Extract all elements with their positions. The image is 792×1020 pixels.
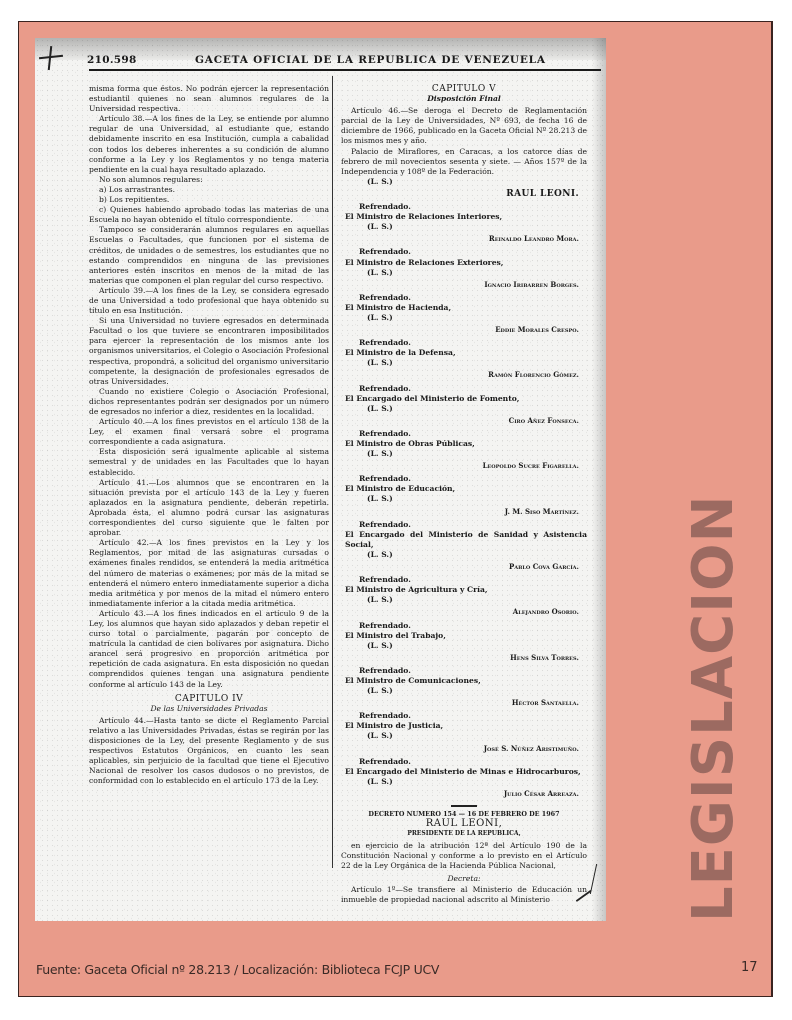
paragraph: Artículo 40.—A los fines previstos en el… (89, 417, 329, 447)
seal: (L. S.) (341, 731, 587, 741)
chapter-iv-title: CAPITULO IV (89, 694, 329, 704)
seal: (L. S.) (341, 313, 587, 323)
ministry-title: El Ministro de Relaciones Exteriores, (341, 258, 587, 268)
ministry-title: El Ministro de Obras Públicas, (341, 439, 587, 449)
seal: (L. S.) (341, 404, 587, 414)
refrendado-label: Refrendado. (341, 621, 587, 631)
paragraph: a) Los arrastrantes. (89, 185, 329, 195)
refrendado-label: Refrendado. (341, 474, 587, 484)
minister-name: Julio César Arreaza. (341, 789, 587, 799)
ministry-title: El Ministro de Hacienda, (341, 303, 587, 313)
refrendado-label: Refrendado. (341, 520, 587, 530)
seal: (L. S.) (341, 449, 587, 459)
paragraph: misma forma que éstos. No podrán ejercer… (89, 84, 329, 114)
paragraph: Cuando no existiere Colegio o Asociación… (89, 387, 329, 417)
paragraph: c) Quienes habiendo aprobado todas las m… (89, 205, 329, 225)
article-44: Artículo 44.—Hasta tanto se dicte el Reg… (89, 716, 329, 787)
ministry-title: El Ministro de Justicia, (341, 721, 587, 731)
seal: (L. S.) (341, 550, 587, 560)
minister-name: Hens Silva Torres. (341, 653, 587, 663)
paragraph: Esta disposición será igualmente aplicab… (89, 447, 329, 477)
refrendado-label: Refrendado. (341, 293, 587, 303)
gazette-header: 210.598 GACETA OFICIAL DE LA REPUBLICA D… (87, 54, 587, 68)
seal: (L. S.) (341, 595, 587, 605)
decree-preamble: en ejercicio de la atribución 12ª del Ar… (341, 841, 587, 871)
refrendado-label: Refrendado. (341, 202, 587, 212)
gazette-title: GACETA OFICIAL DE LA REPUBLICA DE VENEZU… (195, 54, 546, 66)
closing-formula: Palacio de Miraflores, en Caracas, a los… (341, 147, 587, 177)
seal: (L. S.) (341, 686, 587, 696)
right-column: CAPITULO V Disposición Final Artículo 46… (341, 84, 587, 905)
decree-president-name: RAUL LEONI, (341, 819, 587, 829)
refrendado-label: Refrendado. (341, 247, 587, 257)
minister-name: Leopoldo Sucre Figarella. (341, 461, 587, 471)
minister-signatures: Refrendado.El Ministro de Relaciones Int… (341, 202, 587, 799)
decree-president-role: PRESIDENTE DE LA REPUBLICA, (341, 829, 587, 839)
scan-noise (592, 38, 606, 921)
column-divider (332, 76, 333, 868)
minister-name: Reinaldo Leandro Mora. (341, 234, 587, 244)
paragraph: Artículo 38.—A los fines de la Ley, se e… (89, 114, 329, 175)
decreta-label: Decreta: (341, 874, 587, 884)
chapter-v-subtitle: Disposición Final (341, 94, 587, 104)
paragraph: Artículo 42.—A los fines previstos en la… (89, 538, 329, 609)
ministry-title: El Ministro de Comunicaciones, (341, 676, 587, 686)
ministry-title: El Ministro de Educación, (341, 484, 587, 494)
decree-article-1: Artículo 1º—Se transfiere al Ministerio … (341, 885, 587, 905)
seal: (L. S.) (341, 494, 587, 504)
minister-name: Ignacio Iribarren Borges. (341, 280, 587, 290)
ministry-title: El Ministro del Trabajo, (341, 631, 587, 641)
minister-name: José S. Núñez Aristimuño. (341, 744, 587, 754)
president-signature: RAUL LEONI. (341, 189, 587, 199)
paragraph: Artículo 43.—A los fines indicados en el… (89, 609, 329, 690)
refrendado-label: Refrendado. (341, 666, 587, 676)
seal: (L. S.) (341, 777, 587, 787)
ministry-title: El Encargado del Ministerio de Fomento, (341, 394, 587, 404)
article-46: Artículo 46.—Se deroga el Decreto de Reg… (341, 106, 587, 146)
seal: (L. S.) (341, 222, 587, 232)
left-paragraphs: misma forma que éstos. No podrán ejercer… (89, 84, 329, 690)
gazette-page-number: 210.598 (87, 54, 137, 66)
gazette-scan: 210.598 GACETA OFICIAL DE LA REPUBLICA D… (35, 38, 606, 921)
paragraph: Artículo 39.—A los fines de la Ley, se c… (89, 286, 329, 316)
ministry-title: El Encargado del Ministerio de Sanidad y… (341, 530, 587, 550)
seal: (L. S.) (341, 358, 587, 368)
refrendado-label: Refrendado. (341, 384, 587, 394)
footer-source: Fuente: Gaceta Oficial nº 28.213 / Local… (36, 962, 439, 977)
seal: (L. S.) (341, 177, 587, 187)
ministry-title: El Encargado del Ministerio de Minas e H… (341, 767, 587, 777)
refrendado-label: Refrendado. (341, 757, 587, 767)
footer-page-number: 17 (741, 960, 758, 975)
refrendado-label: Refrendado. (341, 429, 587, 439)
section-label: LEGISLACION (686, 495, 742, 923)
refrendado-label: Refrendado. (341, 338, 587, 348)
minister-name: Héctor Santaella. (341, 698, 587, 708)
chapter-iv-subtitle: De las Universidades Privadas (89, 704, 329, 714)
left-column: misma forma que éstos. No podrán ejercer… (89, 84, 329, 786)
minister-name: Eddie Morales Crespo. (341, 325, 587, 335)
ministry-title: El Ministro de la Defensa, (341, 348, 587, 358)
decree-rule (451, 805, 477, 807)
paragraph: b) Los repitientes. (89, 195, 329, 205)
minister-name: J. M. Siso Martínez. (341, 507, 587, 517)
chapter-v-title: CAPITULO V (341, 84, 587, 94)
crosshair-mark-icon (39, 46, 63, 70)
paragraph: Tampoco se considerarán alumnos regulare… (89, 225, 329, 286)
header-rule (89, 69, 601, 71)
minister-name: Pablo Cova García. (341, 562, 587, 572)
paragraph: Artículo 41.—Los alumnos que se encontra… (89, 478, 329, 539)
paragraph: Si una Universidad no tuviere egresados … (89, 316, 329, 387)
ministry-title: El Ministro de Agricultura y Cría, (341, 585, 587, 595)
ministry-title: El Ministro de Relaciones Interiores, (341, 212, 587, 222)
signature-block: (L. S.) RAUL LEONI. Refrendado.El Minist… (341, 177, 587, 799)
paragraph: No son alumnos regulares: (89, 175, 329, 185)
refrendado-label: Refrendado. (341, 711, 587, 721)
minister-name: Ramón Florencio Gómez. (341, 370, 587, 380)
minister-name: Alejandro Osorio. (341, 607, 587, 617)
seal: (L. S.) (341, 641, 587, 651)
minister-name: Ciro Añez Fonseca. (341, 416, 587, 426)
seal: (L. S.) (341, 268, 587, 278)
refrendado-label: Refrendado. (341, 575, 587, 585)
